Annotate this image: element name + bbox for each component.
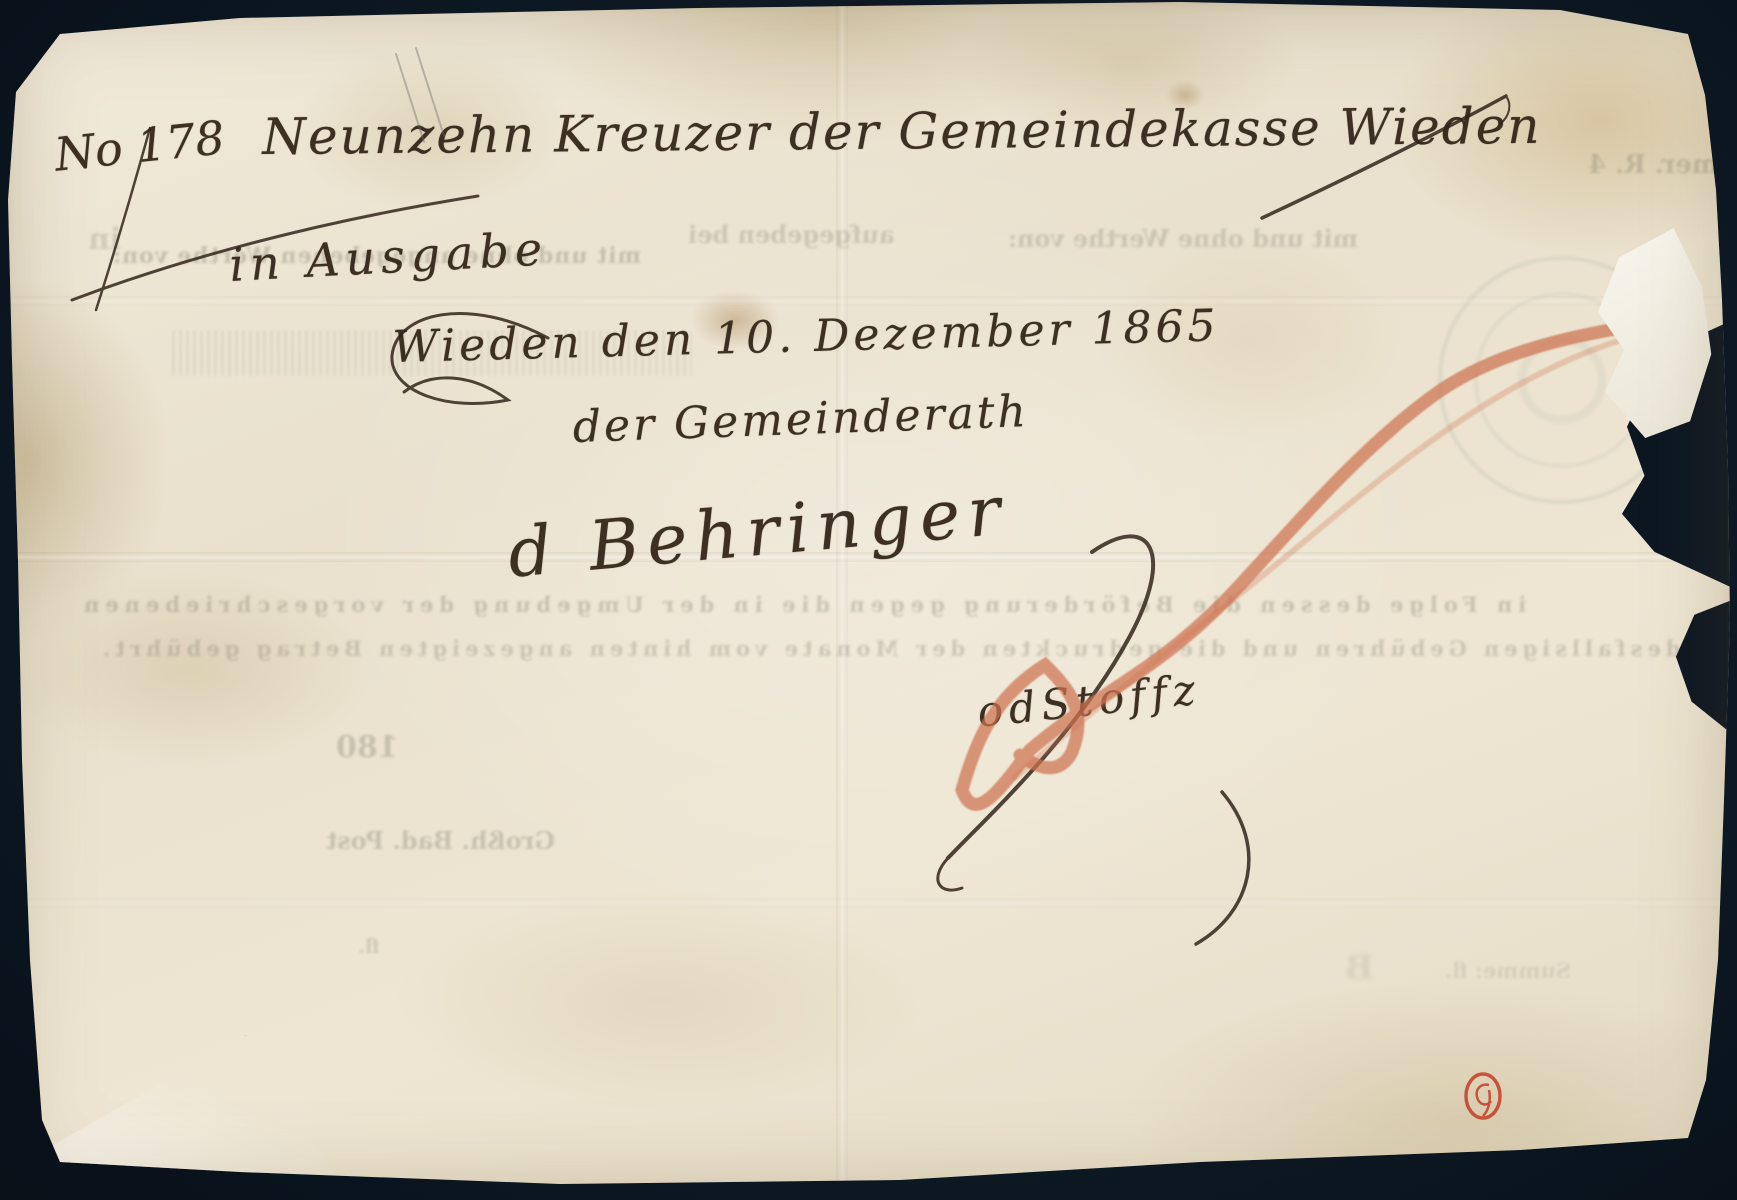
torn-edge-notch-lower bbox=[1666, 598, 1737, 738]
signature-secondary: odStoffz bbox=[975, 665, 1203, 737]
council-line: der Gemeinderath bbox=[572, 386, 1030, 453]
showthrough-paragraph-line-2: desfallsigen Gebühren und die gedruckten… bbox=[98, 636, 1680, 661]
showthrough-paragraph-line-1: in Folge dessen die Beförderung gegen di… bbox=[78, 592, 1526, 617]
showthrough-post-line: Großh. Bad. Post bbox=[326, 826, 555, 855]
showthrough-corner-note: Nmer. R. 4 bbox=[1588, 150, 1737, 180]
red-crayon-mark bbox=[962, 318, 1688, 804]
horizontal-crease-upper bbox=[0, 296, 1737, 306]
horizontal-crease-lower bbox=[0, 898, 1737, 908]
showthrough-smudge-letter: B bbox=[1345, 948, 1374, 988]
signature-primary: d Behringer bbox=[505, 471, 1011, 593]
expense-line: in Ausgabe bbox=[228, 221, 549, 292]
red-oval-stamp bbox=[1466, 1074, 1500, 1118]
document-paper: Nmer. R. 4 in mit und ohne angegebenen W… bbox=[0, 0, 1737, 1200]
amount-line: Neunzehn Kreuzer der Gemeindekasse Wiede… bbox=[262, 97, 1542, 166]
doc-number: No 178 bbox=[52, 110, 227, 182]
showthrough-page-number: 180 bbox=[336, 730, 399, 765]
showthrough-currency-abbr: fl. bbox=[358, 934, 380, 958]
showthrough-form-line-mid: aufgegeben bei bbox=[688, 220, 894, 249]
photo-backdrop: Nmer. R. 4 in mit und ohne angegebenen W… bbox=[0, 0, 1737, 1200]
bottom-left-fold bbox=[36, 1035, 336, 1176]
showthrough-sum-fragment: Summe: fl. bbox=[1445, 958, 1571, 983]
showthrough-form-line-right: mit und ohne Werthe von: bbox=[1008, 224, 1358, 253]
place-date-line: Wieden den 10. Dezember 1865 bbox=[392, 300, 1220, 373]
